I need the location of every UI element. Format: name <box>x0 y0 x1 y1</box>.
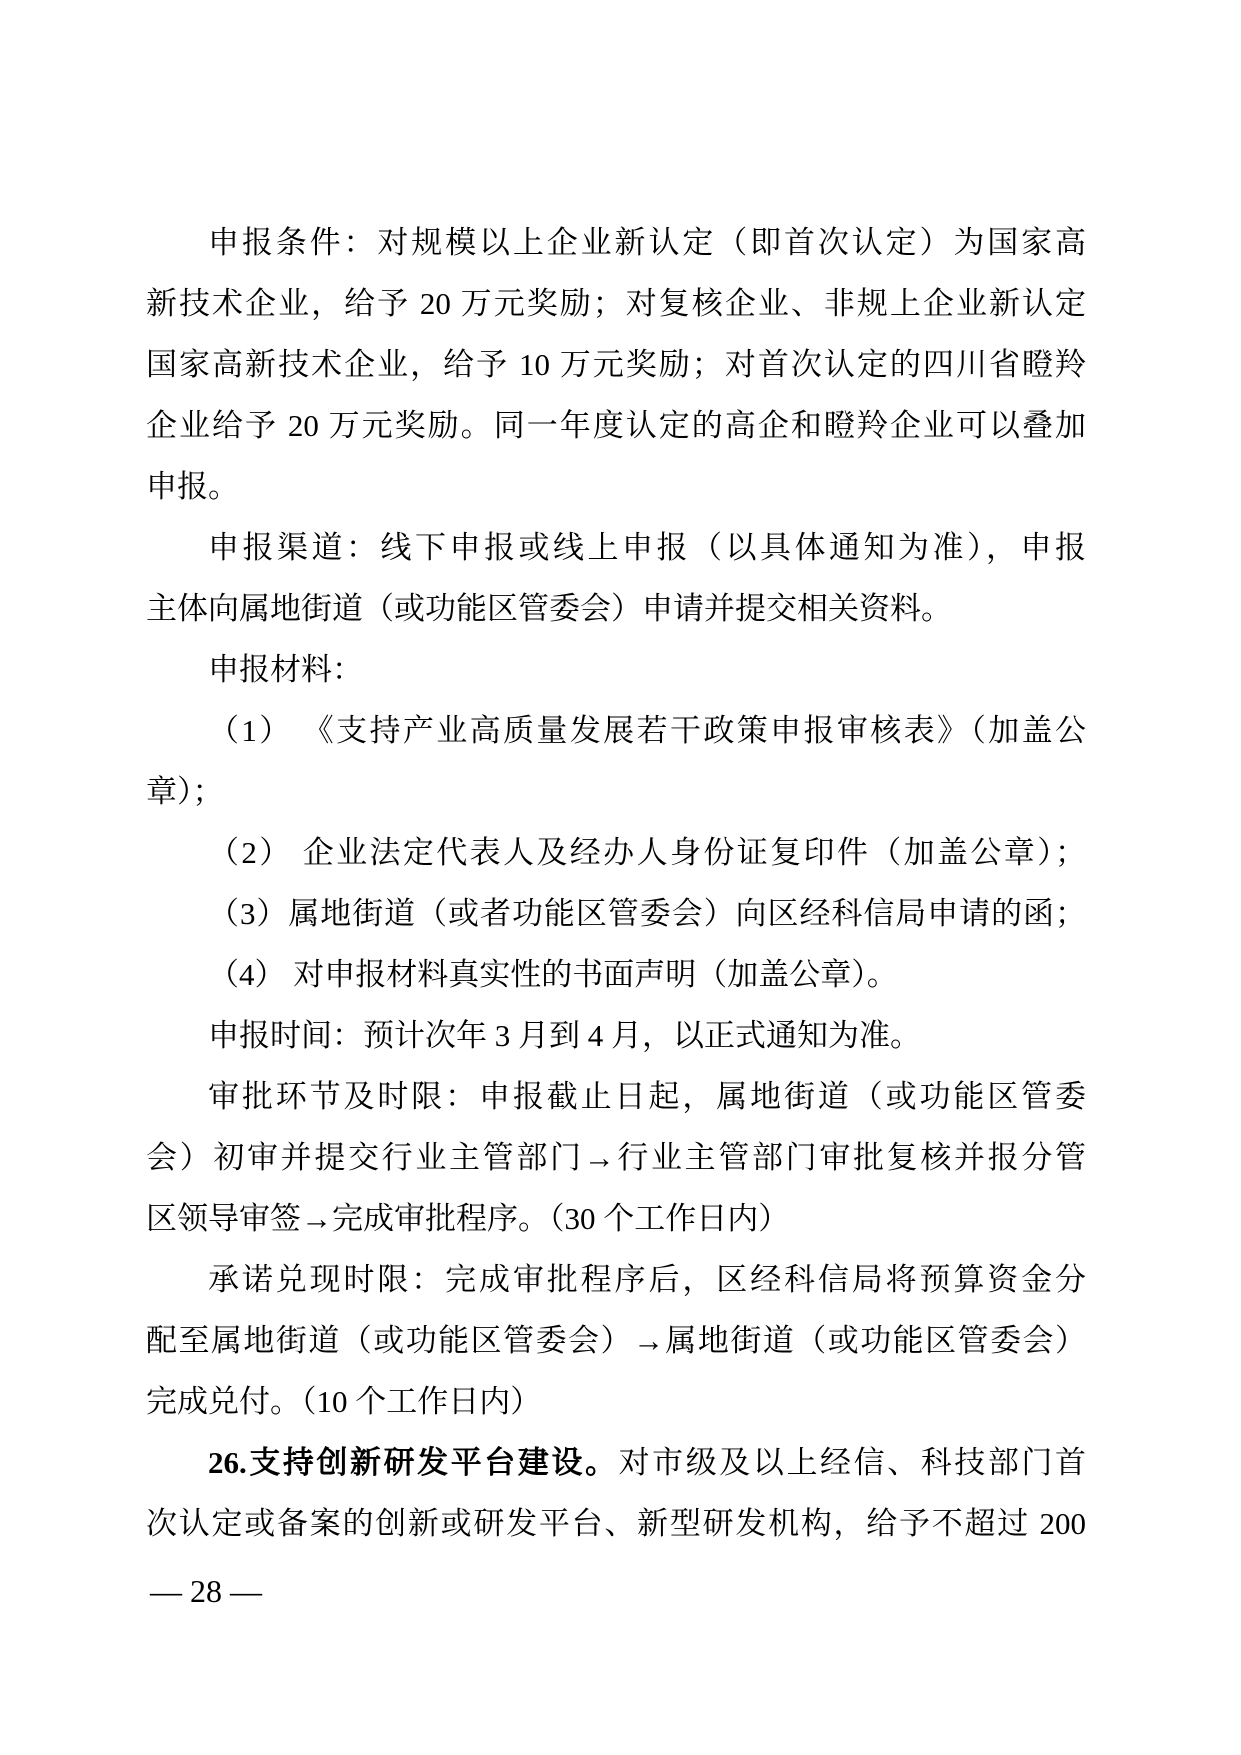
text-line: 主体向属地街道（或功能区管委会）申请并提交相关资料。 <box>146 578 1086 639</box>
section-title: 支持创新研发平台建设。 <box>247 1445 619 1480</box>
text-line: 申报时间：预计次年 3 月到 4 月，以正式通知为准。 <box>146 1005 1086 1066</box>
text-line: 新技术企业，给予 20 万元奖励；对复核企业、非规上企业新认定 <box>146 273 1086 334</box>
text-line: （3）属地街道（或者功能区管委会）向区经科信局申请的函； <box>146 883 1086 944</box>
text-line: 申报材料： <box>146 639 1086 700</box>
section-heading-tail: 对市级及以上经信、科技部门首 <box>619 1445 1086 1480</box>
text-line: 会）初审并提交行业主管部门→行业主管部门审批复核并报分管 <box>146 1127 1086 1188</box>
document-body: 申报条件：对规模以上企业新认定（即首次认定）为国家高 新技术企业，给予 20 万… <box>146 212 1086 1554</box>
text-line: 完成兑付。（10 个工作日内） <box>146 1371 1086 1432</box>
text-line: （4） 对申报材料真实性的书面声明（加盖公章）。 <box>146 944 1086 1005</box>
text-line: 申报条件：对规模以上企业新认定（即首次认定）为国家高 <box>146 212 1086 273</box>
page-number: — 28 — <box>150 1570 262 1612</box>
text-line: 章）； <box>146 761 1086 822</box>
text-line: 区领导审签→完成审批程序。（30 个工作日内） <box>146 1188 1086 1249</box>
text-line: 申报。 <box>146 456 1086 517</box>
text-line: （2） 企业法定代表人及经办人身份证复印件（加盖公章）； <box>146 822 1086 883</box>
text-line: 配至属地街道（或功能区管委会）→属地街道（或功能区管委会） <box>146 1310 1086 1371</box>
text-line: 次认定或备案的创新或研发平台、新型研发机构，给予不超过 200 <box>146 1493 1086 1554</box>
text-line: 国家高新技术企业，给予 10 万元奖励；对首次认定的四川省瞪羚 <box>146 334 1086 395</box>
section-number: 26. <box>208 1445 247 1480</box>
document-page: { "document": { "page_footer": "— 28 —",… <box>0 0 1241 1755</box>
text-line: 企业给予 20 万元奖励。同一年度认定的高企和瞪羚企业可以叠加 <box>146 395 1086 456</box>
text-line: 审批环节及时限：申报截止日起，属地街道（或功能区管委 <box>146 1066 1086 1127</box>
text-line: 申报渠道：线下申报或线上申报（以具体通知为准），申报 <box>146 517 1086 578</box>
section-26-heading-line: 26.支持创新研发平台建设。对市级及以上经信、科技部门首 <box>146 1432 1086 1493</box>
text-line: （1） 《支持产业高质量发展若干政策申报审核表》（加盖公 <box>146 700 1086 761</box>
text-line: 承诺兑现时限：完成审批程序后，区经科信局将预算资金分 <box>146 1249 1086 1310</box>
